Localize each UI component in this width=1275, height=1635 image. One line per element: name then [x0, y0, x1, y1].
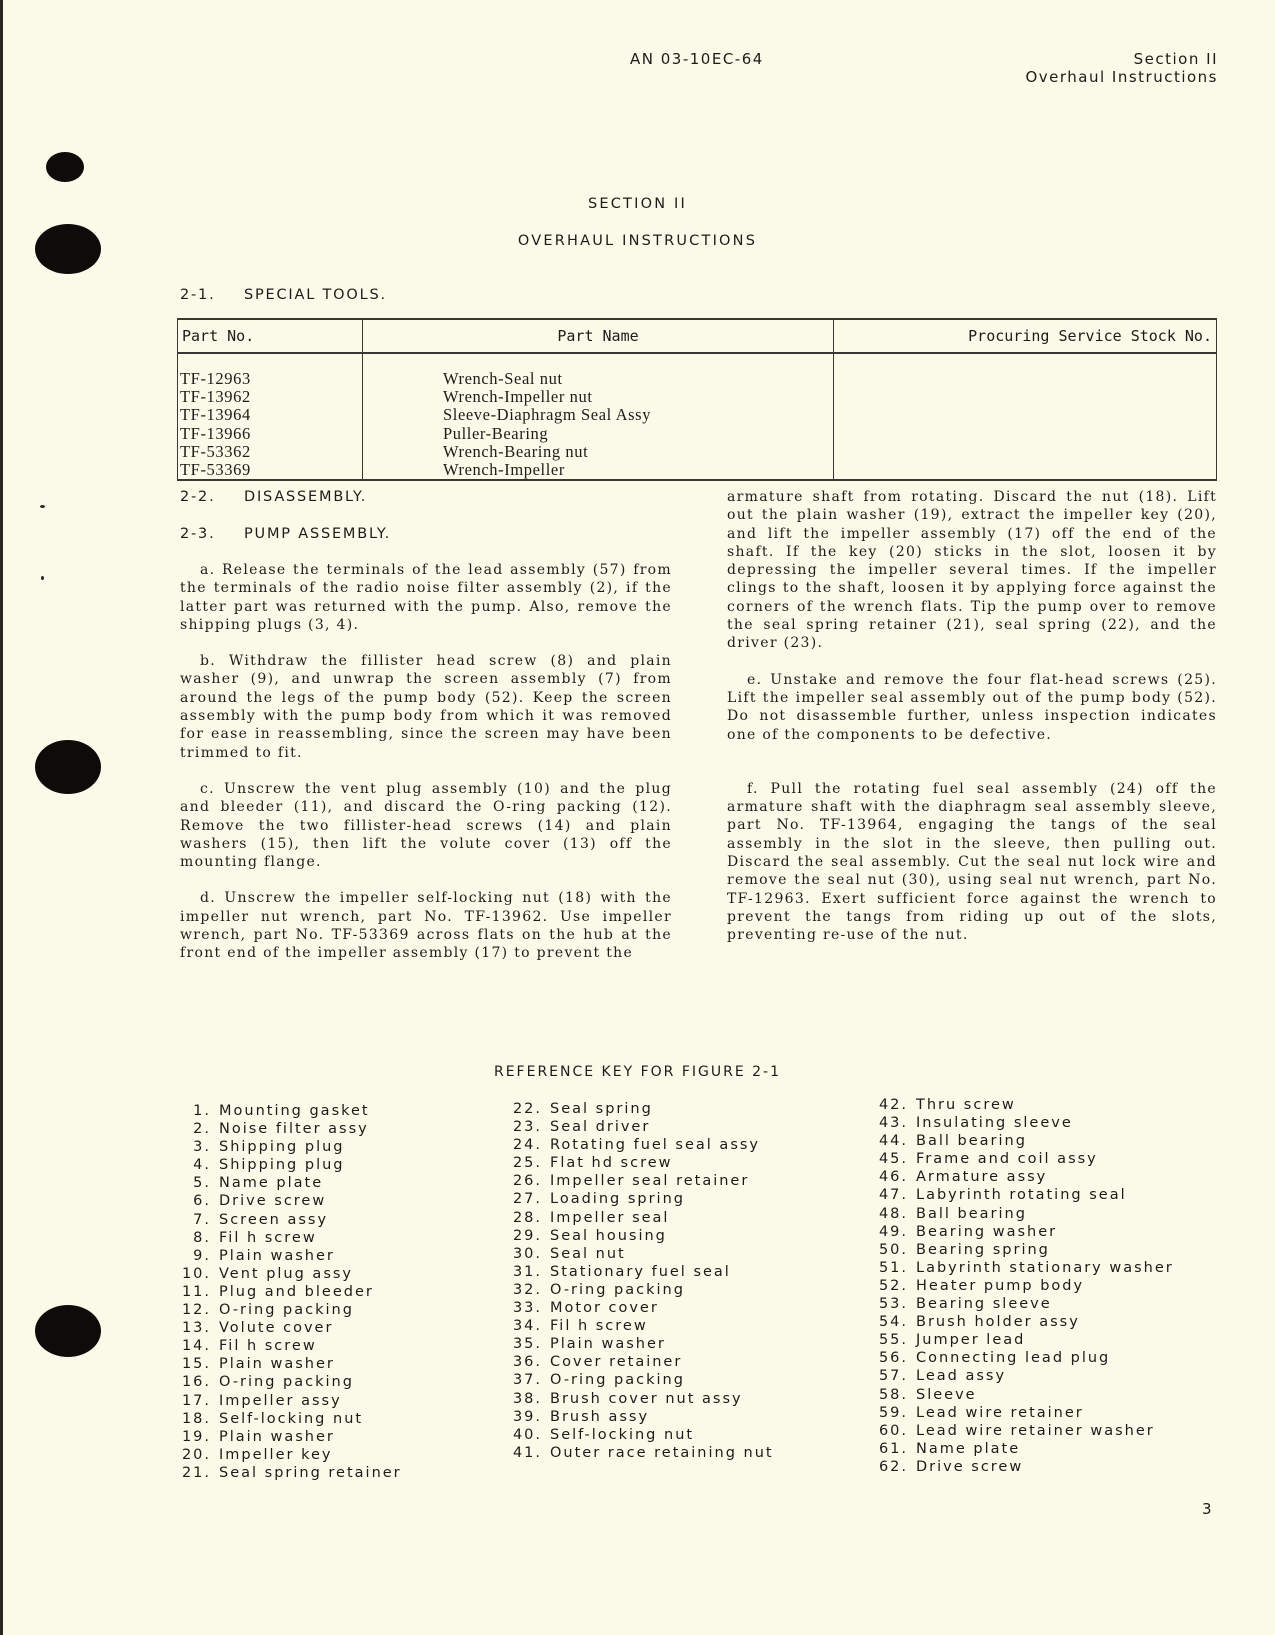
item-name: Plain washer: [219, 1356, 335, 1372]
paragraph-f: f. Pull the rotating fuel seal assembly …: [727, 780, 1217, 945]
paragraph-b: b. Withdraw the fillister head screw (8)…: [180, 652, 672, 762]
item-number: 36.: [498, 1353, 542, 1371]
item-number: 44.: [864, 1132, 908, 1150]
header-section-title: Overhaul Instructions: [1025, 68, 1218, 86]
item-number: 27.: [498, 1190, 542, 1208]
reference-key-item: 43.Insulating sleeve: [864, 1114, 1174, 1132]
reference-key-item: 44.Ball bearing: [864, 1132, 1174, 1150]
reference-key-item: 25.Flat hd screw: [498, 1154, 774, 1172]
item-name: Name plate: [219, 1175, 323, 1191]
reference-key-item: 30.Seal nut: [498, 1245, 774, 1263]
reference-key-item: 12.O-ring packing: [167, 1301, 402, 1319]
reference-key-item: 55.Jumper lead: [864, 1331, 1174, 1349]
table-row: TF-13962Wrench-Impeller nut: [178, 388, 1217, 406]
part-no-cell: TF-53362: [178, 443, 363, 461]
reference-key-item: 37.O-ring packing: [498, 1371, 774, 1389]
item-number: 19.: [167, 1428, 211, 1446]
reference-key-item: 56.Connecting lead plug: [864, 1349, 1174, 1367]
part-no-cell: TF-13964: [178, 406, 363, 424]
reference-key-item: 21.Seal spring retainer: [167, 1464, 402, 1482]
item-name: Sleeve: [916, 1387, 977, 1403]
item-number: 47.: [864, 1186, 908, 1204]
stock-no-cell: [834, 443, 1217, 461]
item-number: 6.: [167, 1192, 211, 1210]
item-number: 1.: [167, 1102, 211, 1120]
item-number: 18.: [167, 1410, 211, 1428]
item-number: 24.: [498, 1136, 542, 1154]
reference-key-column-1: 1.Mounting gasket2.Noise filter assy3.Sh…: [167, 1102, 402, 1482]
item-number: 12.: [167, 1301, 211, 1319]
item-name: Fil h screw: [219, 1338, 317, 1354]
reference-key-item: 4.Shipping plug: [167, 1156, 402, 1174]
part-name-cell: Puller-Bearing: [363, 425, 834, 443]
reference-key-item: 50.Bearing spring: [864, 1241, 1174, 1259]
reference-key-item: 51.Labyrinth stationary washer: [864, 1259, 1174, 1277]
running-header: Section II Overhaul Instructions: [1025, 50, 1218, 86]
item-number: 62.: [864, 1458, 908, 1476]
binder-hole: [35, 224, 101, 274]
item-name: Jumper lead: [916, 1332, 1025, 1348]
table-row: TF-53362Wrench-Bearing nut: [178, 443, 1217, 461]
item-name: Impeller key: [219, 1447, 332, 1463]
item-number: 34.: [498, 1317, 542, 1335]
stock-no-cell: [834, 406, 1217, 424]
binder-hole: [35, 1305, 101, 1357]
reference-key-item: 22.Seal spring: [498, 1100, 774, 1118]
item-name: Brush holder assy: [916, 1314, 1080, 1330]
reference-key-item: 5.Name plate: [167, 1174, 402, 1192]
item-number: 20.: [167, 1446, 211, 1464]
speck: [40, 505, 45, 508]
item-name: Fil h screw: [219, 1230, 317, 1246]
disassembly-heading: 2-2.DISASSEMBLY.: [180, 489, 367, 505]
stock-no-cell: [834, 388, 1217, 406]
item-number: 58.: [864, 1386, 908, 1404]
reference-key-item: 19.Plain washer: [167, 1428, 402, 1446]
reference-key-column-2: 22.Seal spring23.Seal driver24.Rotating …: [498, 1100, 774, 1462]
item-number: 43.: [864, 1114, 908, 1132]
item-name: Heater pump body: [916, 1278, 1084, 1294]
reference-key-item: 58.Sleeve: [864, 1386, 1174, 1404]
item-name: O-ring packing: [219, 1374, 354, 1390]
reference-key-item: 24.Rotating fuel seal assy: [498, 1136, 774, 1154]
reference-key-item: 27.Loading spring: [498, 1190, 774, 1208]
reference-key-item: 52.Heater pump body: [864, 1277, 1174, 1295]
item-name: Lead wire retainer: [916, 1405, 1084, 1421]
item-name: Screen assy: [219, 1212, 328, 1228]
reference-key-item: 40.Self-locking nut: [498, 1426, 774, 1444]
item-name: Volute cover: [219, 1320, 333, 1336]
item-name: Lead assy: [916, 1368, 1006, 1384]
item-number: 31.: [498, 1263, 542, 1281]
item-name: Seal nut: [550, 1246, 626, 1262]
item-number: 30.: [498, 1245, 542, 1263]
item-number: 49.: [864, 1223, 908, 1241]
header-section: Section II: [1025, 50, 1218, 68]
item-name: O-ring packing: [550, 1282, 685, 1298]
paragraph-d: d. Unscrew the impeller self-locking nut…: [180, 889, 672, 962]
reference-key-item: 38.Brush cover nut assy: [498, 1390, 774, 1408]
reference-key-item: 36.Cover retainer: [498, 1353, 774, 1371]
reference-key-item: 15.Plain washer: [167, 1355, 402, 1373]
item-name: Impeller seal: [550, 1210, 669, 1226]
part-name-cell: Wrench-Impeller: [363, 461, 834, 480]
reference-key-column-3: 42.Thru screw43.Insulating sleeve44.Ball…: [864, 1096, 1174, 1476]
item-number: 29.: [498, 1227, 542, 1245]
reference-key-item: 7.Screen assy: [167, 1211, 402, 1229]
item-number: 4.: [167, 1156, 211, 1174]
item-number: 48.: [864, 1205, 908, 1223]
item-number: 56.: [864, 1349, 908, 1367]
item-name: Frame and coil assy: [916, 1151, 1098, 1167]
column-header-stock-no: Procuring Service Stock No.: [834, 319, 1217, 353]
stock-no-cell: [834, 461, 1217, 480]
item-name: Shipping plug: [219, 1157, 345, 1173]
reference-key-item: 2.Noise filter assy: [167, 1120, 402, 1138]
item-number: 23.: [498, 1118, 542, 1136]
document-number: AN 03-10EC-64: [630, 50, 764, 68]
item-number: 52.: [864, 1277, 908, 1295]
item-name: Motor cover: [550, 1300, 659, 1316]
part-no-cell: TF-53369: [178, 461, 363, 480]
item-name: Brush cover nut assy: [550, 1391, 743, 1407]
item-number: 61.: [864, 1440, 908, 1458]
pump-assembly-heading: 2-3.PUMP ASSEMBLY.: [180, 526, 391, 542]
reference-key-item: 59.Lead wire retainer: [864, 1404, 1174, 1422]
item-number: 14.: [167, 1337, 211, 1355]
item-name: O-ring packing: [219, 1302, 354, 1318]
item-number: 39.: [498, 1408, 542, 1426]
item-number: 15.: [167, 1355, 211, 1373]
item-name: Mounting gasket: [219, 1103, 370, 1119]
item-name: Seal spring: [550, 1101, 653, 1117]
item-name: Bearing washer: [916, 1224, 1057, 1240]
page-number: 3: [1202, 1500, 1212, 1518]
item-name: Shipping plug: [219, 1139, 345, 1155]
item-number: 11.: [167, 1283, 211, 1301]
right-text-column: armature shaft from rotating. Discard th…: [727, 488, 1217, 963]
item-number: 60.: [864, 1422, 908, 1440]
reference-key-item: 18.Self-locking nut: [167, 1410, 402, 1428]
item-number: 8.: [167, 1229, 211, 1247]
column-header-part-name: Part Name: [363, 319, 834, 353]
reference-key-item: 61.Name plate: [864, 1440, 1174, 1458]
item-name: Insulating sleeve: [916, 1115, 1073, 1131]
reference-key-item: 34.Fil h screw: [498, 1317, 774, 1335]
reference-key-item: 17.Impeller assy: [167, 1392, 402, 1410]
binder-hole: [46, 152, 84, 182]
reference-key-item: 49.Bearing washer: [864, 1223, 1174, 1241]
item-name: Seal housing: [550, 1228, 667, 1244]
paragraph-c: c. Unscrew the vent plug assembly (10) a…: [180, 780, 672, 871]
item-number: 26.: [498, 1172, 542, 1190]
part-no-cell: TF-13966: [178, 425, 363, 443]
item-name: Connecting lead plug: [916, 1350, 1110, 1366]
item-number: 28.: [498, 1209, 542, 1227]
reference-key-item: 39.Brush assy: [498, 1408, 774, 1426]
item-number: 54.: [864, 1313, 908, 1331]
item-number: 25.: [498, 1154, 542, 1172]
item-number: 57.: [864, 1367, 908, 1385]
reference-key-item: 41.Outer race retaining nut: [498, 1444, 774, 1462]
item-name: Plain washer: [219, 1248, 335, 1264]
reference-key-item: 9.Plain washer: [167, 1247, 402, 1265]
special-tools-table: Part No. Part Name Procuring Service Sto…: [177, 318, 1217, 481]
reference-key-item: 1.Mounting gasket: [167, 1102, 402, 1120]
item-name: Ball bearing: [916, 1206, 1027, 1222]
reference-key-item: 33.Motor cover: [498, 1299, 774, 1317]
reference-key-item: 54.Brush holder assy: [864, 1313, 1174, 1331]
paragraph-d-continued: armature shaft from rotating. Discard th…: [727, 488, 1217, 653]
item-name: Bearing sleeve: [916, 1296, 1052, 1312]
item-name: Rotating fuel seal assy: [550, 1137, 760, 1153]
part-name-cell: Wrench-Impeller nut: [363, 388, 834, 406]
item-name: Noise filter assy: [219, 1121, 369, 1137]
paragraph-e: e. Unstake and remove the four flat-head…: [727, 671, 1217, 744]
reference-key-item: 20.Impeller key: [167, 1446, 402, 1464]
part-name-cell: Wrench-Bearing nut: [363, 443, 834, 461]
reference-key-item: 6.Drive screw: [167, 1192, 402, 1210]
item-number: 59.: [864, 1404, 908, 1422]
item-number: 10.: [167, 1265, 211, 1283]
speck: [41, 576, 44, 580]
item-number: 2.: [167, 1120, 211, 1138]
item-number: 33.: [498, 1299, 542, 1317]
item-number: 45.: [864, 1150, 908, 1168]
item-name: Self-locking nut: [219, 1411, 363, 1427]
reference-key-item: 45.Frame and coil assy: [864, 1150, 1174, 1168]
reference-key-item: 26.Impeller seal retainer: [498, 1172, 774, 1190]
item-number: 51.: [864, 1259, 908, 1277]
item-name: Seal driver: [550, 1119, 650, 1135]
item-number: 35.: [498, 1335, 542, 1353]
item-name: Seal spring retainer: [219, 1465, 402, 1481]
item-number: 41.: [498, 1444, 542, 1462]
part-name-cell: Wrench-Seal nut: [363, 353, 834, 388]
item-name: Impeller assy: [219, 1393, 342, 1409]
reference-key-item: 32.O-ring packing: [498, 1281, 774, 1299]
item-name: Lead wire retainer washer: [916, 1423, 1155, 1439]
item-number: 38.: [498, 1390, 542, 1408]
item-name: Plain washer: [219, 1429, 335, 1445]
reference-key-item: 23.Seal driver: [498, 1118, 774, 1136]
item-name: Self-locking nut: [550, 1427, 694, 1443]
column-header-part-no: Part No.: [178, 319, 363, 353]
reference-key-item: 48.Ball bearing: [864, 1205, 1174, 1223]
reference-key-item: 60.Lead wire retainer washer: [864, 1422, 1174, 1440]
reference-key-item: 28.Impeller seal: [498, 1209, 774, 1227]
item-number: 40.: [498, 1426, 542, 1444]
item-name: Bearing spring: [916, 1242, 1050, 1258]
item-number: 32.: [498, 1281, 542, 1299]
table-row: TF-53369Wrench-Impeller: [178, 461, 1217, 480]
part-name-cell: Sleeve-Diaphragm Seal Assy: [363, 406, 834, 424]
reference-key-item: 29.Seal housing: [498, 1227, 774, 1245]
item-number: 13.: [167, 1319, 211, 1337]
special-tools-heading: 2-1.SPECIAL TOOLS.: [180, 287, 387, 303]
item-number: 50.: [864, 1241, 908, 1259]
section-subheading: OVERHAUL INSTRUCTIONS: [0, 233, 1275, 249]
item-number: 7.: [167, 1211, 211, 1229]
item-number: 16.: [167, 1373, 211, 1391]
item-number: 55.: [864, 1331, 908, 1349]
reference-key-item: 3.Shipping plug: [167, 1138, 402, 1156]
stock-no-cell: [834, 353, 1217, 388]
item-name: Flat hd screw: [550, 1155, 673, 1171]
reference-key-item: 13.Volute cover: [167, 1319, 402, 1337]
part-no-cell: TF-13962: [178, 388, 363, 406]
reference-key-item: 53.Bearing sleeve: [864, 1295, 1174, 1313]
item-number: 21.: [167, 1464, 211, 1482]
item-name: Drive screw: [219, 1193, 326, 1209]
reference-key-item: 57.Lead assy: [864, 1367, 1174, 1385]
reference-key-item: 35.Plain washer: [498, 1335, 774, 1353]
reference-key-title: REFERENCE KEY FOR FIGURE 2-1: [0, 1064, 1275, 1080]
reference-key-item: 10.Vent plug assy: [167, 1265, 402, 1283]
item-number: 37.: [498, 1371, 542, 1389]
item-name: Labyrinth rotating seal: [916, 1187, 1127, 1203]
left-text-column: a. Release the terminals of the lead ass…: [180, 561, 672, 981]
binder-hole: [35, 740, 101, 794]
stock-no-cell: [834, 425, 1217, 443]
item-number: 17.: [167, 1392, 211, 1410]
reference-key-item: 62.Drive screw: [864, 1458, 1174, 1476]
item-number: 46.: [864, 1168, 908, 1186]
section-heading: SECTION II: [0, 196, 1275, 212]
reference-key-item: 14.Fil h screw: [167, 1337, 402, 1355]
paragraph-a: a. Release the terminals of the lead ass…: [180, 561, 672, 634]
item-number: 9.: [167, 1247, 211, 1265]
item-number: 22.: [498, 1100, 542, 1118]
item-name: Vent plug assy: [219, 1266, 353, 1282]
reference-key-item: 47.Labyrinth rotating seal: [864, 1186, 1174, 1204]
table-row: TF-12963Wrench-Seal nut: [178, 353, 1217, 388]
reference-key-item: 16.O-ring packing: [167, 1373, 402, 1391]
reference-key-item: 31.Stationary fuel seal: [498, 1263, 774, 1281]
item-number: 5.: [167, 1174, 211, 1192]
table-row: TF-13964Sleeve-Diaphragm Seal Assy: [178, 406, 1217, 424]
item-name: Fil h screw: [550, 1318, 648, 1334]
item-name: Outer race retaining nut: [550, 1445, 774, 1461]
item-name: Plain washer: [550, 1336, 666, 1352]
item-name: Ball bearing: [916, 1133, 1027, 1149]
reference-key-item: 42.Thru screw: [864, 1096, 1174, 1114]
part-no-cell: TF-12963: [178, 353, 363, 388]
item-name: Stationary fuel seal: [550, 1264, 731, 1280]
item-name: Labyrinth stationary washer: [916, 1260, 1174, 1276]
item-number: 3.: [167, 1138, 211, 1156]
reference-key-item: 46.Armature assy: [864, 1168, 1174, 1186]
item-name: Brush assy: [550, 1409, 649, 1425]
reference-key-item: 11.Plug and bleeder: [167, 1283, 402, 1301]
item-name: Armature assy: [916, 1169, 1047, 1185]
item-name: Drive screw: [916, 1459, 1023, 1475]
item-name: Loading spring: [550, 1191, 685, 1207]
item-name: Impeller seal retainer: [550, 1173, 749, 1189]
item-name: Cover retainer: [550, 1354, 682, 1370]
table-row: TF-13966Puller-Bearing: [178, 425, 1217, 443]
item-name: O-ring packing: [550, 1372, 685, 1388]
item-name: Thru screw: [916, 1097, 1016, 1113]
item-name: Plug and bleeder: [219, 1284, 374, 1300]
reference-key-item: 8.Fil h screw: [167, 1229, 402, 1247]
item-number: 42.: [864, 1096, 908, 1114]
item-name: Name plate: [916, 1441, 1020, 1457]
item-number: 53.: [864, 1295, 908, 1313]
